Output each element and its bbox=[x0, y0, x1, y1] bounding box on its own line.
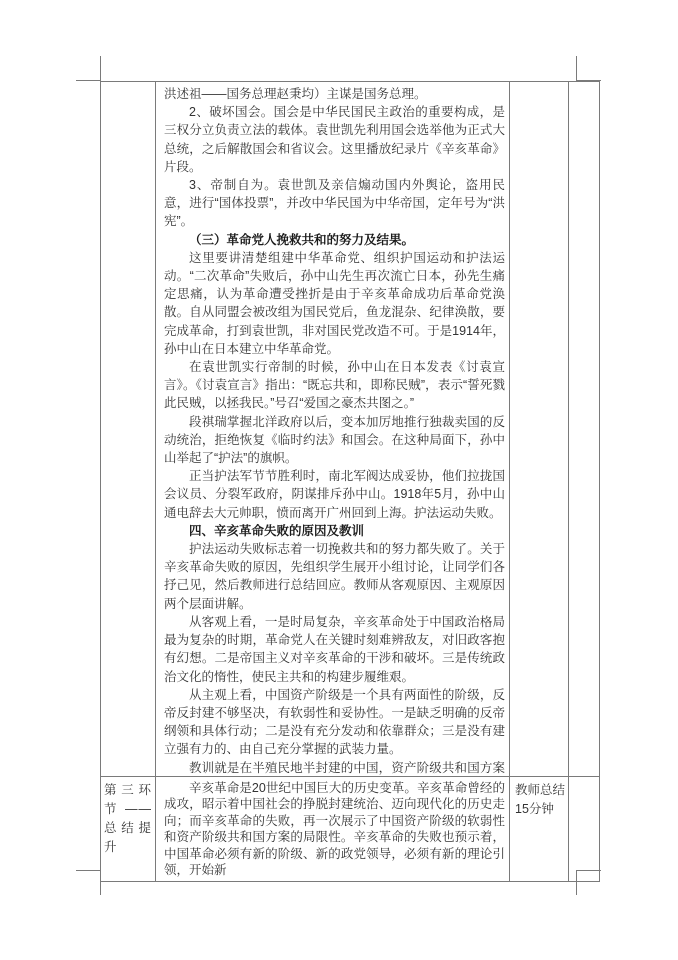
note-method-label: 教师总结 bbox=[515, 781, 566, 800]
paragraph: 从主观上看，中国资产阶级是一个具有两面性的阶级，反帝反封建不够坚决，有软弱性和妥… bbox=[164, 686, 505, 759]
crop-mark-bottom-left-icon bbox=[76, 870, 101, 895]
stage-cell-row1 bbox=[101, 82, 155, 776]
crop-mark-top-left-icon bbox=[76, 56, 101, 81]
note-time-label: 15分钟 bbox=[515, 800, 566, 819]
content-cell-row1: 洪述祖——国务总理赵秉均）主谋是国务总理。2、破坏国会。国会是中华民国民主政治的… bbox=[155, 82, 509, 776]
section-heading: 四、辛亥革命失败的原因及教训 bbox=[164, 522, 505, 540]
paragraph: 正当护法军节节胜利时，南北军阀达成妥协，他们拉拢国会议员、分裂军政府，阴谋排斥孙… bbox=[164, 467, 505, 522]
paragraph: 3、帝制自为。袁世凯及亲信煽动国内外舆论，盗用民意，进行“国体投票”，并改中华民… bbox=[164, 176, 505, 231]
paragraph: 辛亥革命是20世纪中国巨大的历史变革。辛亥革命曾经的成攻，昭示着中国社会的挣脱封… bbox=[164, 780, 505, 878]
time-cell-row1 bbox=[568, 82, 599, 776]
paragraph: 从客观上看，一是时局复杂，辛亥革命处于中国政治格局最为复杂的时期，革命党人在关键… bbox=[164, 613, 505, 686]
note-cell-row1 bbox=[509, 82, 568, 776]
paragraph: 2、破坏国会。国会是中华民国民主政治的重要构成，是三权分立负责立法的载体。袁世凯… bbox=[164, 103, 505, 176]
paragraph: 在袁世凯实行帝制的时候，孙中山在日本发表《讨袁宣言》。《讨袁宣言》指出：“既忘共… bbox=[164, 358, 505, 413]
stage-cell-row2: 第三环节——总结提升 bbox=[101, 776, 155, 881]
content-cell-row2: 辛亥革命是20世纪中国巨大的历史变革。辛亥革命曾经的成攻，昭示着中国社会的挣脱封… bbox=[155, 776, 509, 881]
lesson-plan-table: 洪述祖——国务总理赵秉均）主谋是国务总理。2、破坏国会。国会是中华民国民主政治的… bbox=[100, 81, 600, 882]
paragraph: 教训就是在半殖民地半封建的中国，资产阶级共和国方案行不通，先进的中国人必须寻求新… bbox=[164, 759, 505, 776]
paragraph: 护法运动失败标志着一切挽救共和的努力都失败了。关于辛亥革命失败的原因，先组织学生… bbox=[164, 540, 505, 613]
note-cell-row2: 教师总结 15分钟 bbox=[509, 776, 568, 881]
paragraph: 洪述祖——国务总理赵秉均）主谋是国务总理。 bbox=[164, 85, 505, 103]
crop-mark-top-right-icon bbox=[576, 56, 601, 81]
paragraph: 这里要讲清楚组建中华革命党、组织护国运动和护法运动。“二次革命”失败后，孙中山先… bbox=[164, 249, 505, 358]
time-cell-row2 bbox=[568, 776, 599, 881]
document-page: 洪述祖——国务总理赵秉均）主谋是国务总理。2、破坏国会。国会是中华民国民主政治的… bbox=[0, 0, 678, 960]
paragraph: 段祺瑞掌握北洋政府以后，变本加厉地推行独裁卖国的反动统治，拒绝恢复《临时约法》和… bbox=[164, 413, 505, 468]
section-heading: （三）革命党人挽救共和的努力及结果。 bbox=[164, 231, 505, 249]
